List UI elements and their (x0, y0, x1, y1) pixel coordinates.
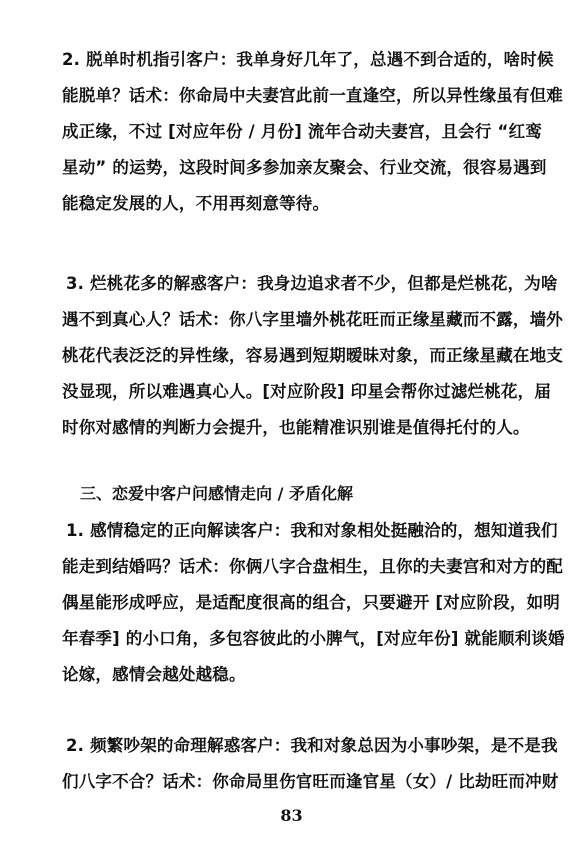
text-line: 们八字不合？话术：你命局里伤官旺而逢官星（女）/ 比劫旺而冲财 (62, 771, 534, 793)
text-line: 能脱单？话术：你命局中夫妻宫此前一直逢空，所以异性缘虽有但难 (62, 85, 534, 107)
text-line: 1. 感情稳定的正向解读客户：我和对象相处挺融洽的，想知道我们 (66, 520, 534, 542)
text-line: 2. 频繁吵架的命理解惑客户：我和对象总因为小事吵架，是不是我 (66, 735, 534, 757)
text-line: 能稳定发展的人，不用再刻意等待。 (62, 193, 534, 215)
text-line: 星动” 的运势，这段时间多参加亲友聚会、行业交流，很容易遇到 (62, 157, 534, 179)
document-page: 2. 脱单时机指引客户：我单身好几年了，总遇不到合适的，啥时候 能脱单？话术：你… (0, 0, 583, 865)
text-line: 2. 脱单时机指引客户：我单身好几年了，总遇不到合适的，啥时候 (62, 49, 534, 71)
page-number: 83 (0, 806, 583, 825)
text-line: 桃花代表泛泛的异性缘，容易遇到短期暧昧对象，而正缘星藏在地支 (62, 345, 534, 367)
text-line: 年春季] 的小口角，多包容彼此的小脾气，[对应年份] 就能顺利谈婚 (62, 628, 534, 650)
section-heading: 三、恋爱中客户问感情走向 / 矛盾化解 (80, 483, 353, 505)
text-line: 没显现，所以难遇真心人。[对应阶段] 印星会帮你过滤烂桃花，届 (62, 381, 534, 403)
text-line: 能走到结婚吗？话术：你俩八字合盘相生，且你的夫妻宫和对方的配 (62, 556, 534, 578)
text-line: 论嫁，感情会越处越稳。 (62, 664, 534, 686)
text-line: 3. 烂桃花多的解惑客户：我身边追求者不少，但都是烂桃花，为啥 (66, 273, 534, 295)
text-line: 遇不到真心人？话术：你八字里墙外桃花旺而正缘星藏而不露，墙外 (62, 309, 534, 331)
text-line: 偶星能形成呼应，是适配度很高的组合，只要避开 [对应阶段，如明 (62, 592, 534, 614)
text-line: 成正缘，不过 [对应年份 / 月份] 流年合动夫妻宫，且会行 “红鸾 (62, 121, 534, 143)
text-line: 时你对感情的判断力会提升，也能精准识别谁是值得托付的人。 (62, 417, 534, 439)
